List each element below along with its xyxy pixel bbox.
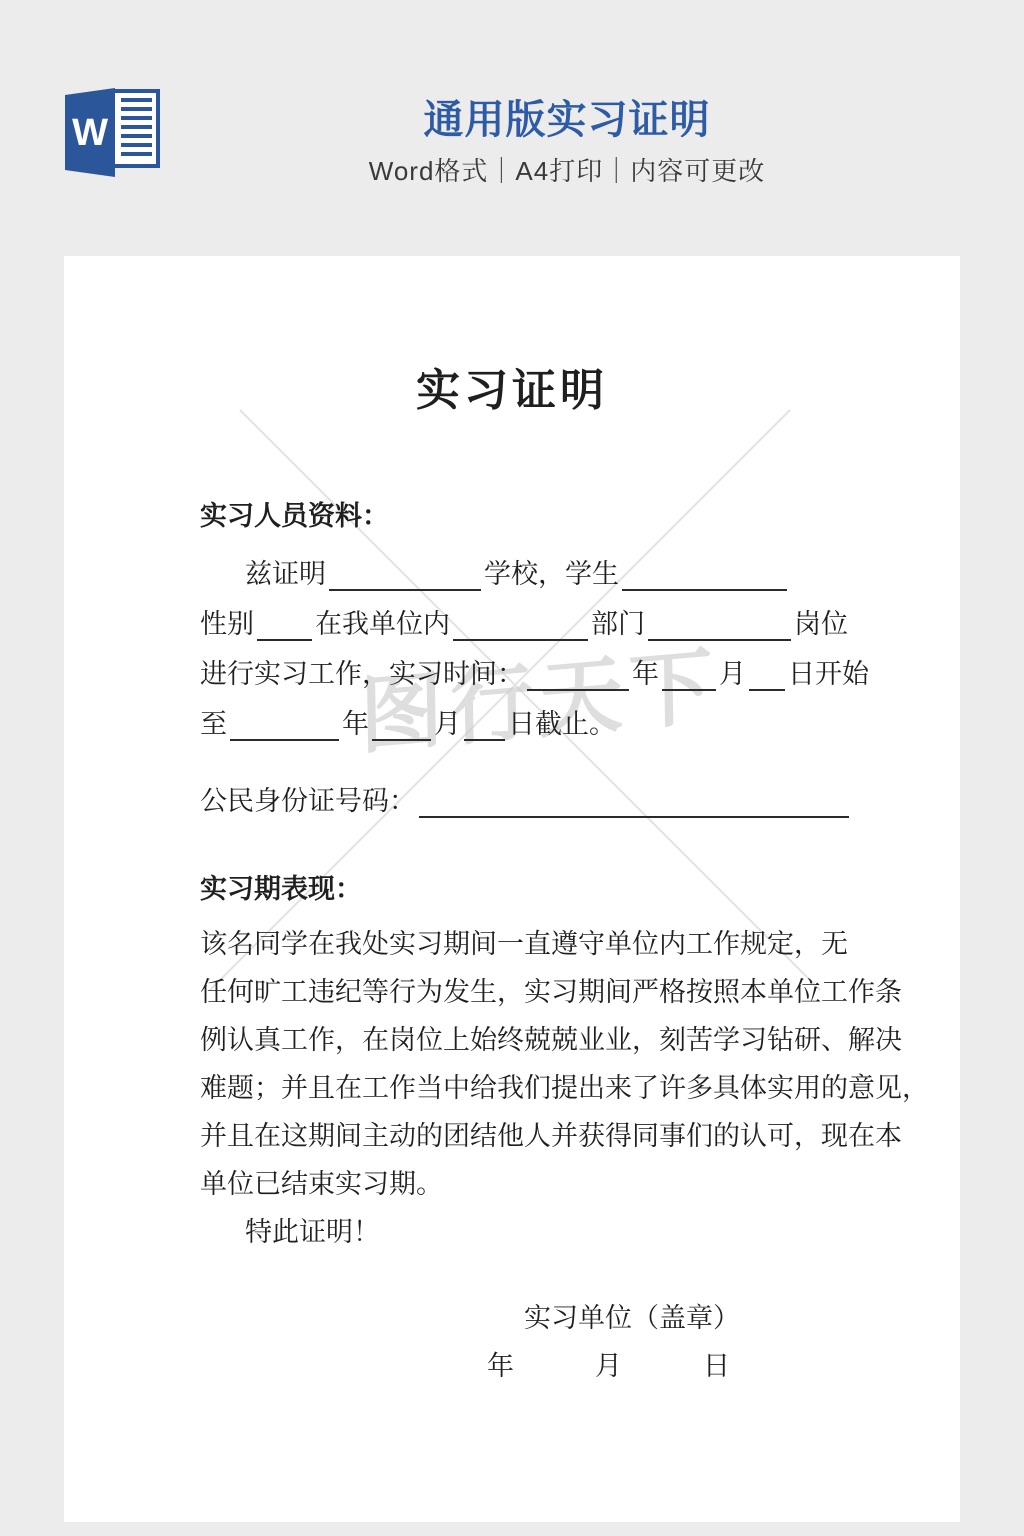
form-line: 公民身份证号码：: [200, 776, 900, 826]
underline-blank: [257, 639, 312, 641]
personnel-form-paragraph: 兹证明学校，学生性别在我单位内部门岗位进行实习工作，实习时间：年月日开始至年月日…: [200, 549, 900, 749]
section-heading-personnel: 实习人员资料：: [200, 498, 900, 534]
section-heading-performance: 实习期表现：: [200, 871, 900, 907]
underline-blank: [230, 739, 339, 741]
underline-blank: [453, 639, 588, 641]
signature-block: 实习单位（盖章） 年 月 日: [64, 1294, 960, 1390]
underline-blank: [527, 689, 629, 691]
form-text: 年: [632, 659, 659, 689]
form-text: 兹证明: [245, 559, 326, 589]
form-line: 进行实习工作，实习时间：年月日开始: [200, 649, 900, 699]
document-title: 实习证明: [64, 366, 960, 416]
form-text: 部门: [591, 609, 645, 639]
underline-blank: [622, 589, 787, 591]
header: 通用版实习证明 Word格式｜A4打印｜内容可更改: [0, 96, 1024, 188]
form-text: 学校，学生: [484, 559, 619, 589]
document-content: 实习证明 实习人员资料： 兹证明学校，学生性别在我单位内部门岗位进行实习工作，实…: [64, 256, 960, 1522]
closing-statement: 特此证明！: [200, 1208, 900, 1256]
form-text: 公民身份证号码：: [200, 786, 416, 816]
performance-paragraph: 该名同学在我处实习期间一直遵守单位内工作规定，无任何旷工违纪等行为发生，实习期间…: [200, 920, 900, 1256]
form-line: 至年月日截止。: [200, 699, 900, 749]
id-number-line: 公民身份证号码：: [200, 776, 900, 826]
form-text: 岗位: [794, 609, 848, 639]
form-text: 至: [200, 709, 227, 739]
paragraph-line: 并且在这期间主动的团结他人并获得同事们的认可，现在本: [200, 1112, 900, 1160]
form-text: 日截止。: [508, 709, 616, 739]
header-subtitle: Word格式｜A4打印｜内容可更改: [110, 154, 1024, 188]
form-line: 性别在我单位内部门岗位: [200, 599, 900, 649]
form-text: 月: [434, 709, 461, 739]
paragraph-line: 难题；并且在工作当中给我们提出来了许多具体实用的意见，: [200, 1064, 900, 1112]
form-text: 在我单位内: [315, 609, 450, 639]
signature-date: 年 月 日: [64, 1342, 960, 1390]
document-page: 图行天下 实习证明 实习人员资料： 兹证明学校，学生性别在我单位内部门岗位进行实…: [64, 256, 960, 1522]
signature-unit: 实习单位（盖章）: [64, 1294, 960, 1342]
performance-lines: 该名同学在我处实习期间一直遵守单位内工作规定，无任何旷工违纪等行为发生，实习期间…: [200, 920, 900, 1208]
underline-blank: [648, 639, 791, 641]
form-line: 兹证明学校，学生: [200, 549, 900, 599]
paragraph-line: 单位已结束实习期。: [200, 1160, 900, 1208]
underline-blank: [662, 689, 716, 691]
underline-blank: [372, 739, 431, 741]
header-title: 通用版实习证明: [110, 96, 1024, 144]
form-text: 年: [342, 709, 369, 739]
template-preview: { "colors": { "background": "#ececec", "…: [0, 0, 1024, 1536]
paragraph-line: 任何旷工违纪等行为发生，实习期间严格按照本单位工作条: [200, 968, 900, 1016]
form-text: 性别: [200, 609, 254, 639]
form-text: 进行实习工作，实习时间：: [200, 659, 524, 689]
underline-blank: [329, 589, 481, 591]
underline-blank: [419, 816, 849, 818]
paragraph-line: 该名同学在我处实习期间一直遵守单位内工作规定，无: [200, 920, 900, 968]
form-text: 日开始: [788, 659, 869, 689]
underline-blank: [749, 689, 785, 691]
paragraph-line: 例认真工作，在岗位上始终兢兢业业，刻苦学习钻研、解决: [200, 1016, 900, 1064]
underline-blank: [464, 739, 505, 741]
form-text: 月: [719, 659, 746, 689]
